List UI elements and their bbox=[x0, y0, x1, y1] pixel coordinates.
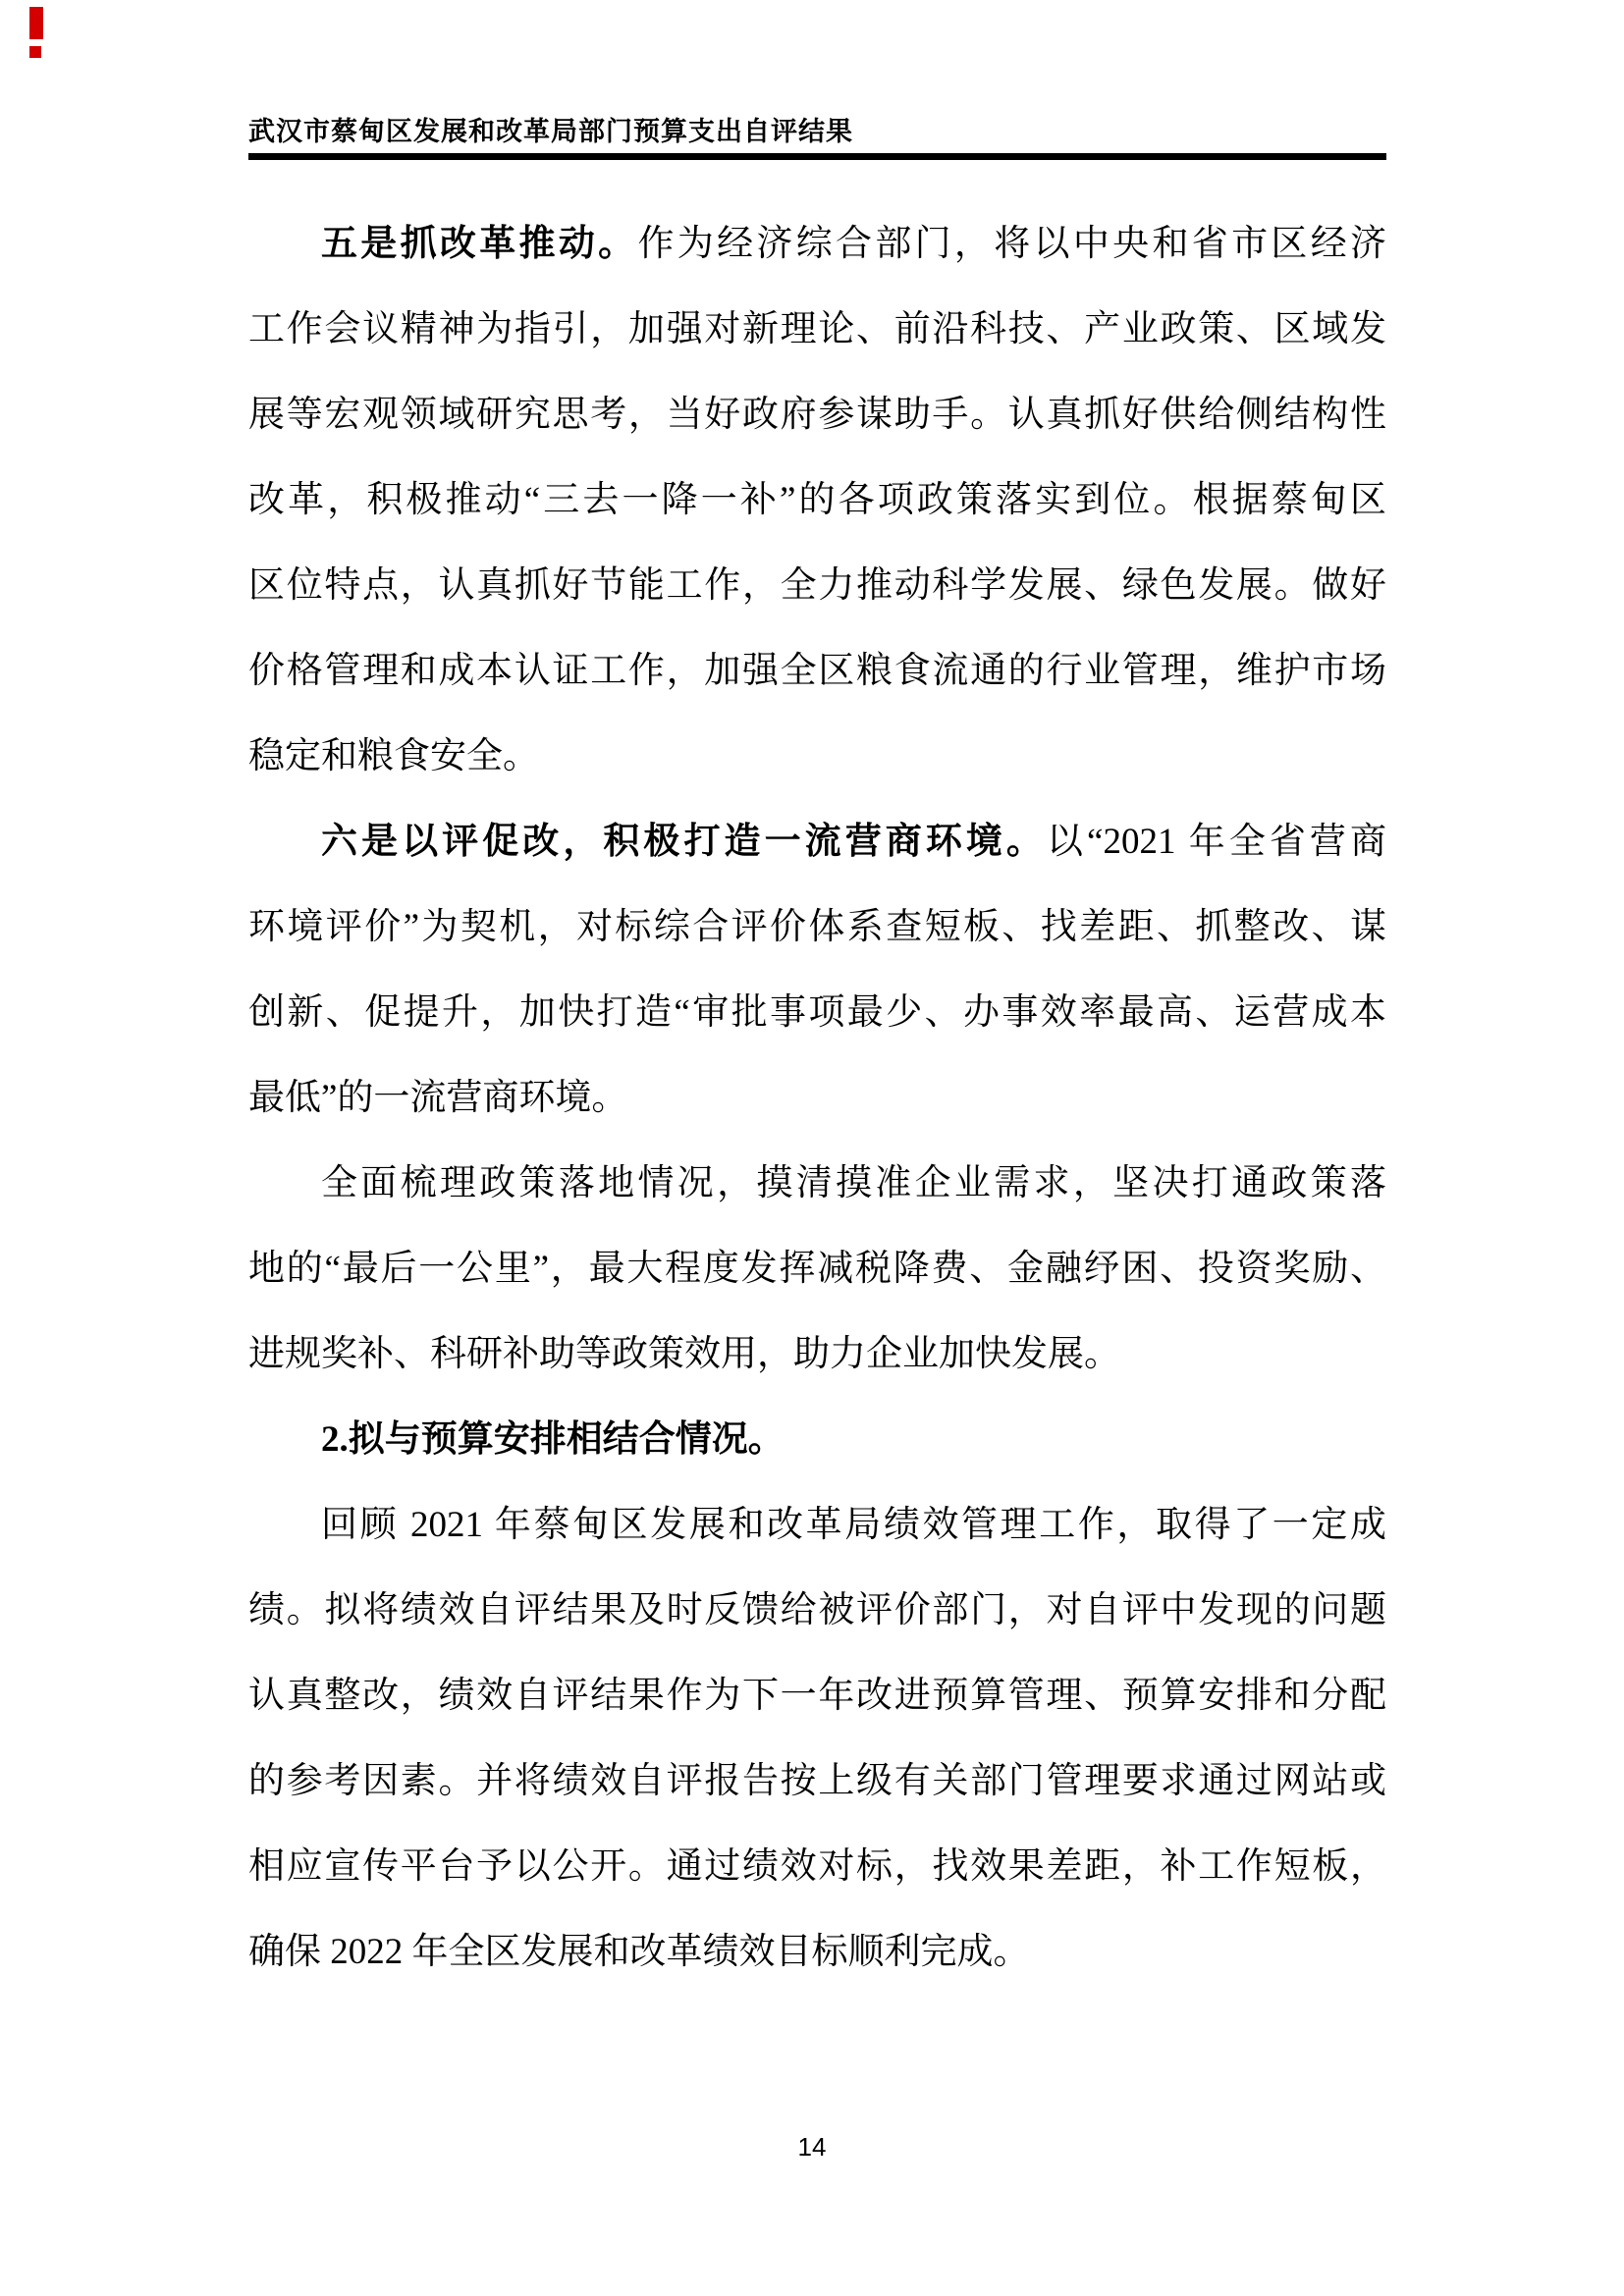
text-line: 的参考因素。并将绩效自评报告按上级有关部门管理要求通过网站或 bbox=[248, 1738, 1386, 1824]
line-text: 进规奖补、科研补助等政策效用，助力企业加快发展。 bbox=[248, 1334, 1120, 1374]
bold-lead-in: 2.拟与预算安排相结合情况。 bbox=[321, 1419, 785, 1460]
text-line: 认真整改，绩效自评结果作为下一年改进预算管理、预算安排和分配 bbox=[248, 1653, 1386, 1738]
line-text: 绩。拟将绩效自评结果及时反馈给被评价部门，对自评中发现的问题 bbox=[248, 1590, 1386, 1630]
line-text: 工作会议精神为指引，加强对新理论、前沿科技、产业政策、区域发 bbox=[248, 309, 1386, 349]
text-line: 创新、促提升，加快打造“审批事项最少、办事效率最高、运营成本 bbox=[248, 970, 1386, 1055]
text-line: 稳定和粮食安全。 bbox=[248, 714, 1386, 799]
line-text: 认真整改，绩效自评结果作为下一年改进预算管理、预算安排和分配 bbox=[248, 1676, 1386, 1716]
red-annotation-square-icon bbox=[29, 46, 41, 58]
text-line: 环境评价”为契机，对标综合评价体系查短板、找差距、抓整改、谋 bbox=[248, 884, 1386, 970]
text-line: 改革，积极推动“三去一降一补”的各项政策落实到位。根据蔡甸区 bbox=[248, 457, 1386, 543]
text-line: 进规奖补、科研补助等政策效用，助力企业加快发展。 bbox=[248, 1311, 1386, 1397]
document-page: 武汉市蔡甸区发展和改革局部门预算支出自评结果 五是抓改革推动。作为经济综合部门，… bbox=[0, 0, 1624, 2296]
line-text: 价格管理和成本认证工作，加强全区粮食流通的行业管理，维护市场 bbox=[248, 651, 1386, 691]
text-line: 相应宣传平台予以公开。通过绩效对标，找效果差距，补工作短板， bbox=[248, 1824, 1386, 1909]
text-line: 确保 2022 年全区发展和改革绩效目标顺利完成。 bbox=[248, 1909, 1386, 1995]
red-annotation-mark-icon bbox=[29, 7, 43, 39]
text-line: 展等宏观领域研究思考，当好政府参谋助手。认真抓好供给侧结构性 bbox=[248, 372, 1386, 457]
line-text: 地的“最后一公里”，最大程度发挥减税降费、金融纾困、投资奖励、 bbox=[248, 1249, 1386, 1289]
document-lines: 五是抓改革推动。作为经济综合部门，将以中央和省市区经济工作会议精神为指引，加强对… bbox=[248, 201, 1386, 1995]
line-text: 区位特点，认真抓好节能工作，全力推动科学发展、绿色发展。做好 bbox=[248, 565, 1386, 606]
bold-lead-in: 六是以评促改，积极打造一流营商环境。 bbox=[321, 822, 1047, 862]
text-line: 地的“最后一公里”，最大程度发挥减税降费、金融纾困、投资奖励、 bbox=[248, 1226, 1386, 1311]
text-line: 2.拟与预算安排相结合情况。 bbox=[248, 1397, 1386, 1482]
line-text: 改革，积极推动“三去一降一补”的各项政策落实到位。根据蔡甸区 bbox=[248, 480, 1386, 520]
text-line: 回顾 2021 年蔡甸区发展和改革局绩效管理工作，取得了一定成 bbox=[248, 1482, 1386, 1568]
header-underline bbox=[248, 153, 1386, 160]
line-text: 环境评价”为契机，对标综合评价体系查短板、找差距、抓整改、谋 bbox=[248, 907, 1386, 947]
text-line: 绩。拟将绩效自评结果及时反馈给被评价部门，对自评中发现的问题 bbox=[248, 1568, 1386, 1653]
line-text: 最低”的一流营商环境。 bbox=[248, 1078, 627, 1118]
line-text: 稳定和粮食安全。 bbox=[248, 736, 539, 776]
text-line: 六是以评促改，积极打造一流营商环境。以“2021 年全省营商 bbox=[248, 799, 1386, 884]
line-text: 回顾 2021 年蔡甸区发展和改革局绩效管理工作，取得了一定成 bbox=[321, 1505, 1386, 1545]
text-line: 最低”的一流营商环境。 bbox=[248, 1055, 1386, 1141]
line-text: 相应宣传平台予以公开。通过绩效对标，找效果差距，补工作短板， bbox=[248, 1846, 1386, 1887]
page-header-title: 武汉市蔡甸区发展和改革局部门预算支出自评结果 bbox=[248, 116, 1386, 147]
line-text: 创新、促提升，加快打造“审批事项最少、办事效率最高、运营成本 bbox=[248, 992, 1386, 1033]
page-number: 14 bbox=[0, 2132, 1624, 2162]
line-text: 全面梳理政策落地情况，摸清摸准企业需求，坚决打通政策落 bbox=[321, 1163, 1386, 1203]
text-line: 区位特点，认真抓好节能工作，全力推动科学发展、绿色发展。做好 bbox=[248, 543, 1386, 628]
text-line: 五是抓改革推动。作为经济综合部门，将以中央和省市区经济 bbox=[248, 201, 1386, 287]
line-text: 作为经济综合部门，将以中央和省市区经济 bbox=[637, 224, 1386, 264]
text-line: 工作会议精神为指引，加强对新理论、前沿科技、产业政策、区域发 bbox=[248, 287, 1386, 372]
line-text: 展等宏观领域研究思考，当好政府参谋助手。认真抓好供给侧结构性 bbox=[248, 395, 1386, 435]
bold-lead-in: 五是抓改革推动。 bbox=[321, 224, 637, 264]
line-text: 以“2021 年全省营商 bbox=[1047, 822, 1386, 862]
text-line: 全面梳理政策落地情况，摸清摸准企业需求，坚决打通政策落 bbox=[248, 1141, 1386, 1226]
line-text: 确保 2022 年全区发展和改革绩效目标顺利完成。 bbox=[248, 1932, 1030, 1972]
text-line: 价格管理和成本认证工作，加强全区粮食流通的行业管理，维护市场 bbox=[248, 628, 1386, 714]
line-text: 的参考因素。并将绩效自评报告按上级有关部门管理要求通过网站或 bbox=[248, 1761, 1386, 1801]
